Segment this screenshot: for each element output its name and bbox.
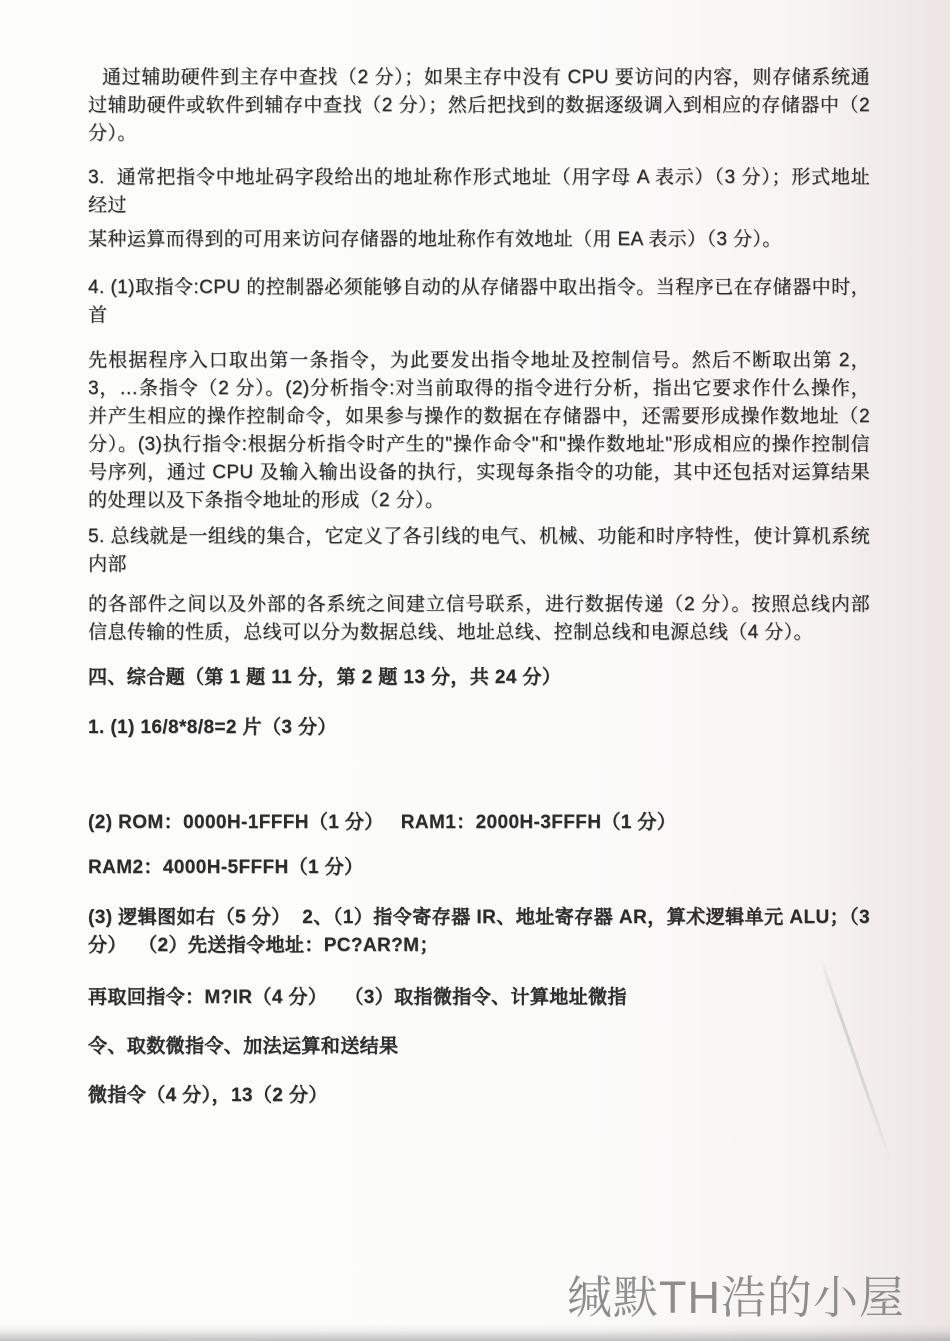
answer-text-block: 通过辅助硬件到主存中查找（2 分）；如果主存中没有 CPU 要访问的内容，则存储… bbox=[0, 0, 950, 1110]
watermark-text: 缄默TH浩的小屋 bbox=[567, 1275, 905, 1320]
paragraph-storage-lookup: 通过辅助硬件到主存中查找（2 分）；如果主存中没有 CPU 要访问的内容，则存储… bbox=[88, 64, 870, 148]
scanned-answer-sheet: 通过辅助硬件到主存中查找（2 分）；如果主存中没有 CPU 要访问的内容，则存储… bbox=[0, 0, 950, 1341]
paragraph-q5-bus-definition: 5. 总线就是一组线的集合，它定义了各引线的电气、机械、功能和时序特性，使计算机… bbox=[88, 523, 870, 579]
scan-bottom-edge bbox=[0, 1323, 950, 1341]
paragraph-chip-count: 1. (1) 16/8*8/8=2 片（3 分） bbox=[88, 714, 870, 742]
paragraph-micro-instruction-score: 微指令（4 分），13（2 分） bbox=[88, 1082, 870, 1110]
paragraph-rom-ram1-ranges: (2) ROM：0000H-1FFFH（1 分） RAM1：2000H-3FFF… bbox=[88, 809, 870, 837]
paragraph-q4-fetch-intro: 4. (1)取指令:CPU 的控制器必须能够自动的从存储器中取出指令。当程序已在… bbox=[88, 274, 870, 330]
paragraph-q5-bus-types: 的各部件之间以及外部的各系统之间建立信号联系，进行数据传递（2 分）。按照总线内… bbox=[88, 591, 870, 647]
paragraph-ram2-range: RAM2：4000H-5FFFH（1 分） bbox=[88, 854, 870, 882]
paragraph-micro-instruction-list: 令、取数微指令、加法运算和送结果 bbox=[88, 1033, 870, 1061]
paragraph-q3-formal-address: 3. 通常把指令中地址码字段给出的地址称作形式地址（用字母 A 表示）（3 分）… bbox=[88, 164, 870, 220]
paragraph-logic-diagram-registers: (3) 逻辑图如右（5 分） 2、（1）指令寄存器 IR、地址寄存器 AR，算术… bbox=[88, 904, 870, 960]
paragraph-fetch-back-instruction: 再取回指令：M?IR（4 分） （3）取指微指令、计算地址微指 bbox=[88, 984, 870, 1012]
paragraph-q4-fetch-analyze-execute: 先根据程序入口取出第一条指令，为此要发出指令地址及控制信号。然后不断取出第 2，… bbox=[88, 347, 870, 515]
paragraph-q3-effective-address: 某种运算而得到的可用来访问存储器的地址称作有效地址（用 EA 表示）（3 分）。 bbox=[88, 226, 870, 254]
section-heading-comprehensive: 四、综合题（第 1 题 11 分，第 2 题 13 分，共 24 分） bbox=[88, 664, 870, 692]
